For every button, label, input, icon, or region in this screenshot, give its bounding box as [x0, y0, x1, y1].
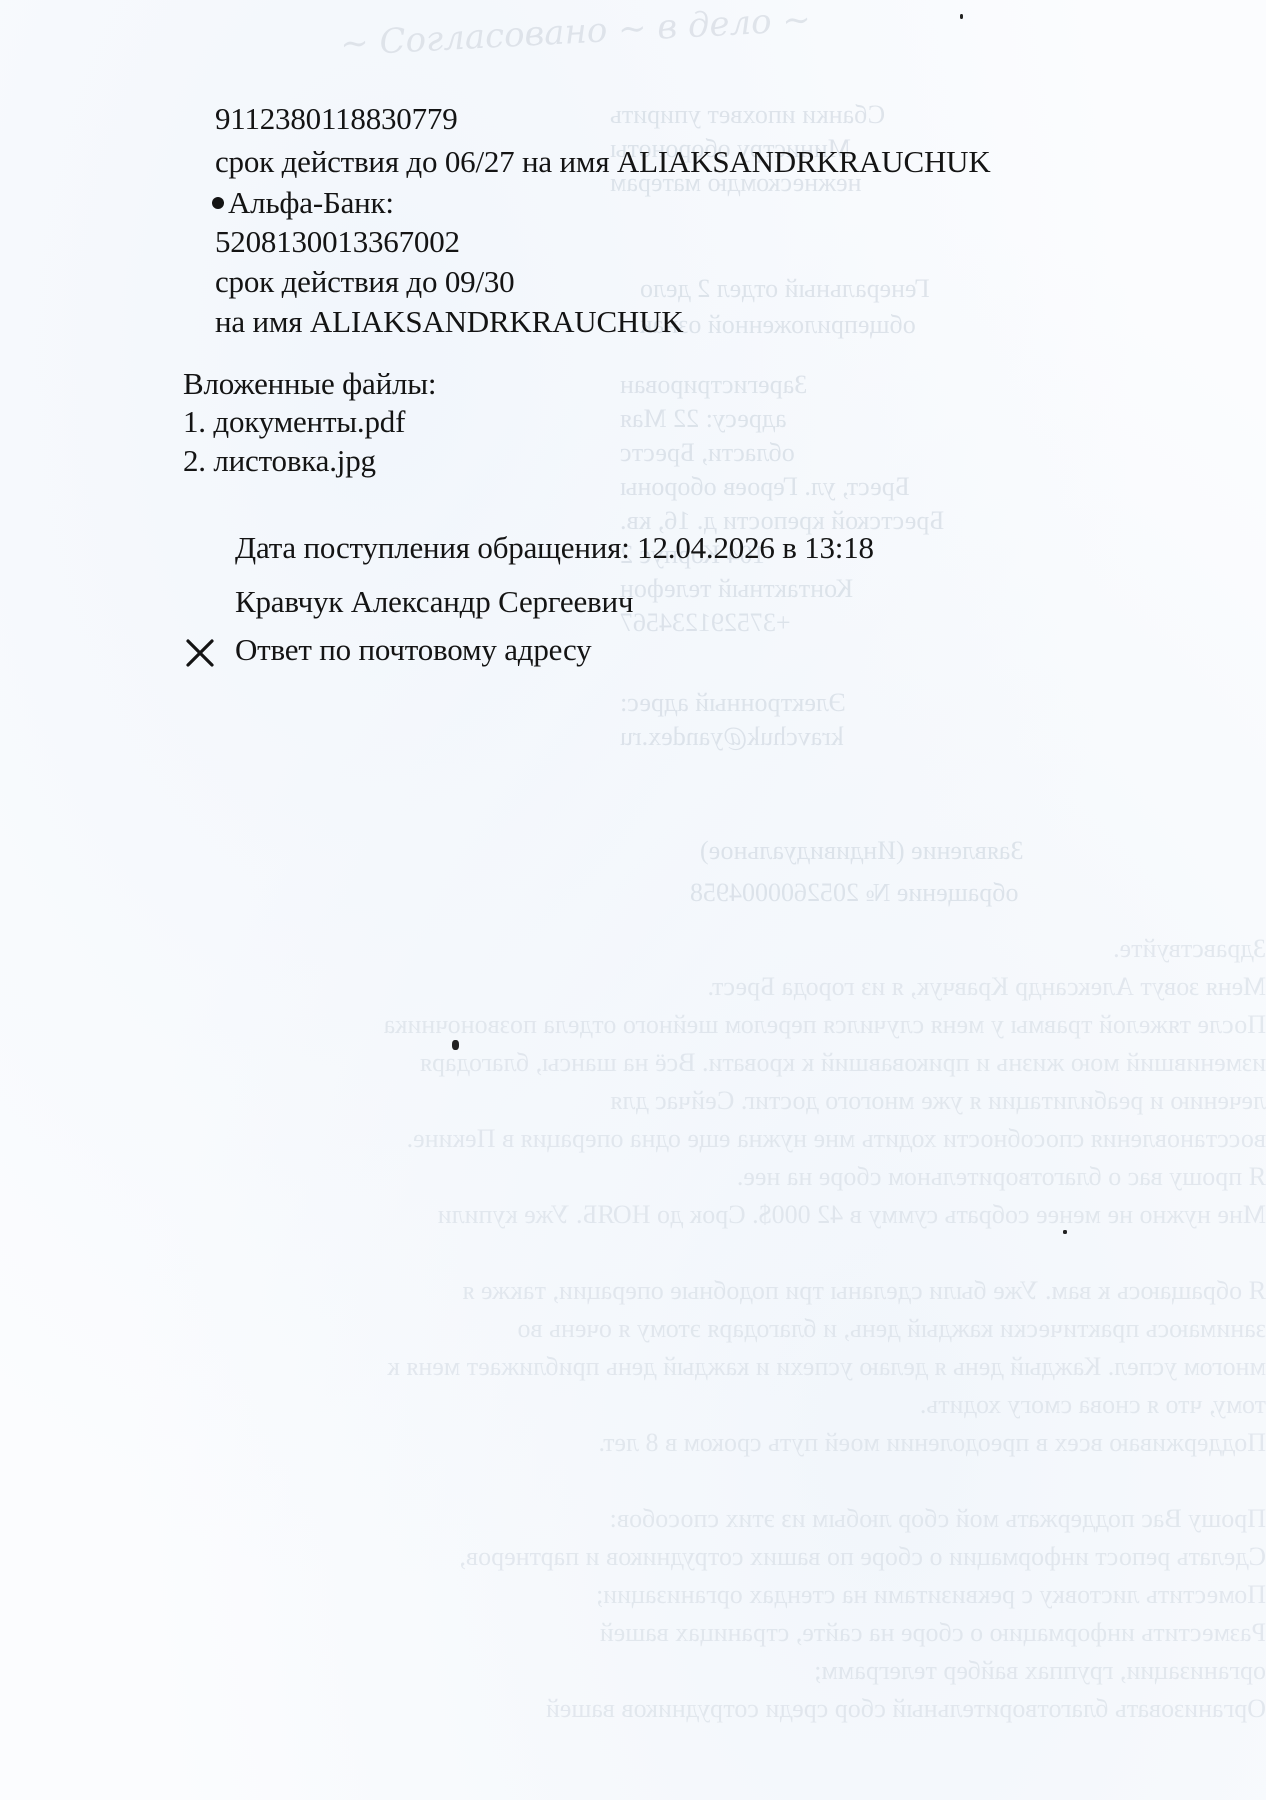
scan-speck — [960, 14, 963, 19]
bleed-through-text: адресу: 22 Мая — [620, 406, 787, 432]
scan-speck — [452, 1040, 459, 1050]
bleed-through-text: kravchuk@yandex.ru — [620, 724, 844, 750]
attachment-item: 1. документы.pdf — [183, 406, 405, 437]
bleed-through-text: Генеральный отдел 2 дело — [640, 276, 930, 302]
card2-number: 5208130013367002 — [215, 226, 460, 257]
bleed-through-text: Контактный телефон — [620, 576, 853, 602]
bleed-through-text: Сбанки ипохвет упирить — [610, 102, 885, 128]
bleed-through-body: Здравствуйте. Меня зовут Александр Кравч… — [170, 930, 1266, 1728]
bleed-through-heading: Заявление (Индивидуальное) — [700, 838, 1023, 864]
attachment-item: 2. листовка.jpg — [183, 445, 376, 476]
scanned-page: ~ Согласовано ~ в дело ~ Сбанки ипохвет … — [0, 0, 1266, 1800]
bleed-through-text: Брест, ул. Героев обороны — [620, 474, 910, 500]
receipt-date: Дата поступления обращения: 12.04.2026 в… — [235, 532, 874, 563]
card1-expiry-name: срок действия до 06/27 на имя ALIAKSANDR… — [215, 146, 991, 177]
scan-speck — [1063, 1230, 1067, 1234]
applicant-name: Кравчук Александр Сергеевич — [235, 586, 633, 617]
bleed-through-heading: обращение № 2052600004958 — [690, 880, 1019, 906]
reply-method: Ответ по почтовому адресу — [235, 634, 591, 665]
bleed-through-text: Зарегистрирован — [620, 372, 807, 398]
attachments-heading: Вложенные файлы: — [183, 368, 436, 399]
bleed-through-text: Электронный адрес: — [620, 690, 846, 716]
handwritten-note-faint: ~ Согласовано ~ в дело ~ — [339, 0, 812, 64]
bleed-through-text: области, Брестс — [620, 440, 795, 466]
bleed-through-text: +375291234567 — [620, 610, 791, 636]
bank2-label: Альфа-Банк: — [212, 187, 394, 218]
card1-number: 9112380118830779 — [215, 103, 458, 134]
bank2-label-text: Альфа-Банк: — [228, 185, 394, 220]
card2-expiry: срок действия до 09/30 — [215, 266, 514, 297]
checked-x-icon — [185, 638, 215, 668]
card2-name: на имя ALIAKSANDRKRAUCHUK — [215, 306, 684, 337]
